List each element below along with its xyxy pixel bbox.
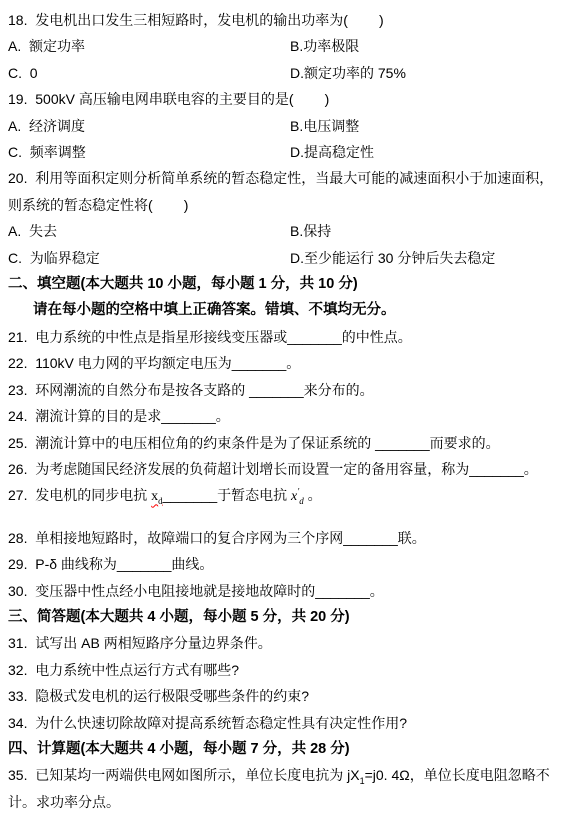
question-23: 23. 环网潮流的自然分布是按各支路的 _______来分布的。 — [8, 377, 556, 403]
question-35-part-2: =j0. 4Ω，单位长度电阻忽略不 — [365, 767, 550, 783]
question-20-option-b: B.保持 — [290, 218, 556, 244]
question-24: 24. 潮流计算的目的是求_______。 — [8, 403, 556, 429]
question-19-option-c: C. 频率调整 — [8, 139, 290, 165]
question-33: 33. 隐极式发电机的运行极限受哪些条件的约束? — [8, 683, 556, 709]
question-20-options-row-2: C. 为临界稳定 D.至少能运行 30 分钟后失去稳定 — [8, 245, 556, 271]
question-19-option-d: D.提高稳定性 — [290, 139, 556, 165]
question-25: 25. 潮流计算中的电压相位角的约束条件是为了保证系统的 _______而要求的… — [8, 430, 556, 456]
question-18-stem: 18. 发电机出口发生三相短路时，发电机的输出功率为( ) — [8, 7, 556, 33]
question-20-option-d: D.至少能运行 30 分钟后失去稳定 — [290, 245, 556, 271]
question-30: 30. 变压器中性点经小电阻接地就是接地故障时的_______。 — [8, 578, 556, 604]
question-32: 32. 电力系统中性点运行方式有哪些? — [8, 657, 556, 683]
question-22: 22. 110kV 电力网的平均额定电压为_______。 — [8, 350, 556, 376]
question-20-options-row-1: A. 失去 B.保持 — [8, 218, 556, 244]
question-28: 28. 单相接地短路时，故障端口的复合序网为三个序网_______联。 — [8, 525, 556, 551]
question-19-option-a: A. 经济调度 — [8, 113, 290, 139]
question-20-option-a: A. 失去 — [8, 218, 290, 244]
question-35-line-1: 35. 已知某均一两端供电网如图所示，单位长度电抗为 jX1=j0. 4Ω，单位… — [8, 762, 556, 788]
question-18-options-row-2: C. 0 D.额定功率的 75% — [8, 60, 556, 86]
question-31: 31. 试写出 AB 两相短路序分量边界条件。 — [8, 630, 556, 656]
formula-xd-synchronous-reactance: xd — [151, 489, 163, 504]
question-26: 26. 为考虑随国民经济发展的负荷超计划增长而设置一定的备用容量，称为_____… — [8, 456, 556, 482]
question-34: 34. 为什么快速切除故障对提高系统暂态稳定性具有决定性作用? — [8, 710, 556, 736]
question-19-option-b: B.电压调整 — [290, 113, 556, 139]
exam-page: 18. 发电机出口发生三相短路时，发电机的输出功率为( ) A. 额定功率 B.… — [0, 0, 562, 816]
question-27-blank: _______ — [163, 487, 218, 503]
formula-xd-prime-transient-reactance: x′d — [291, 489, 304, 504]
question-35-part-1: 35. 已知某均一两端供电网如图所示，单位长度电抗为 jX — [8, 767, 360, 783]
question-27-suffix: 。 — [304, 487, 322, 503]
question-18-options-row-1: A. 额定功率 B.功率极限 — [8, 33, 556, 59]
question-18-option-d: D.额定功率的 75% — [290, 60, 556, 86]
question-20-stem-line-2: 则系统的暂态稳定性将( ) — [8, 192, 556, 218]
question-21: 21. 电力系统的中性点是指星形接线变压器或_______的中性点。 — [8, 324, 556, 350]
question-19-options-row-2: C. 频率调整 D.提高稳定性 — [8, 139, 556, 165]
section-2-note: 请在每小题的空格中填上正确答案。错填、不填均无分。 — [8, 297, 556, 323]
section-2-title: 二、填空题(本大题共 10 小题，每小题 1 分，共 10 分) — [8, 271, 556, 297]
question-29: 29. P-δ 曲线称为_______曲线。 — [8, 551, 556, 577]
question-19-options-row-1: A. 经济调度 B.电压调整 — [8, 113, 556, 139]
question-18-option-c: C. 0 — [8, 60, 290, 86]
question-27-middle: 于暂态电抗 — [217, 487, 291, 503]
question-35-line-2: 计。求功率分点。 — [8, 789, 556, 815]
question-18-option-a: A. 额定功率 — [8, 33, 290, 59]
question-27-prefix: 27. 发电机的同步电抗 — [8, 487, 151, 503]
question-18-option-b: B.功率极限 — [290, 33, 556, 59]
section-4-title: 四、计算题(本大题共 4 小题，每小题 7 分，共 28 分) — [8, 736, 556, 762]
question-20-stem-line-1: 20. 利用等面积定则分析简单系统的暂态稳定性，当最大可能的减速面积小于加速面积… — [8, 165, 556, 191]
question-20-option-c: C. 为临界稳定 — [8, 245, 290, 271]
section-3-title: 三、简答题(本大题共 4 小题，每小题 5 分，共 20 分) — [8, 604, 556, 630]
question-19-stem: 19. 500kV 高压输电网串联电容的主要目的是( ) — [8, 86, 556, 112]
question-27: 27. 发电机的同步电抗 xd_______于暂态电抗 x′d 。 — [8, 482, 556, 510]
